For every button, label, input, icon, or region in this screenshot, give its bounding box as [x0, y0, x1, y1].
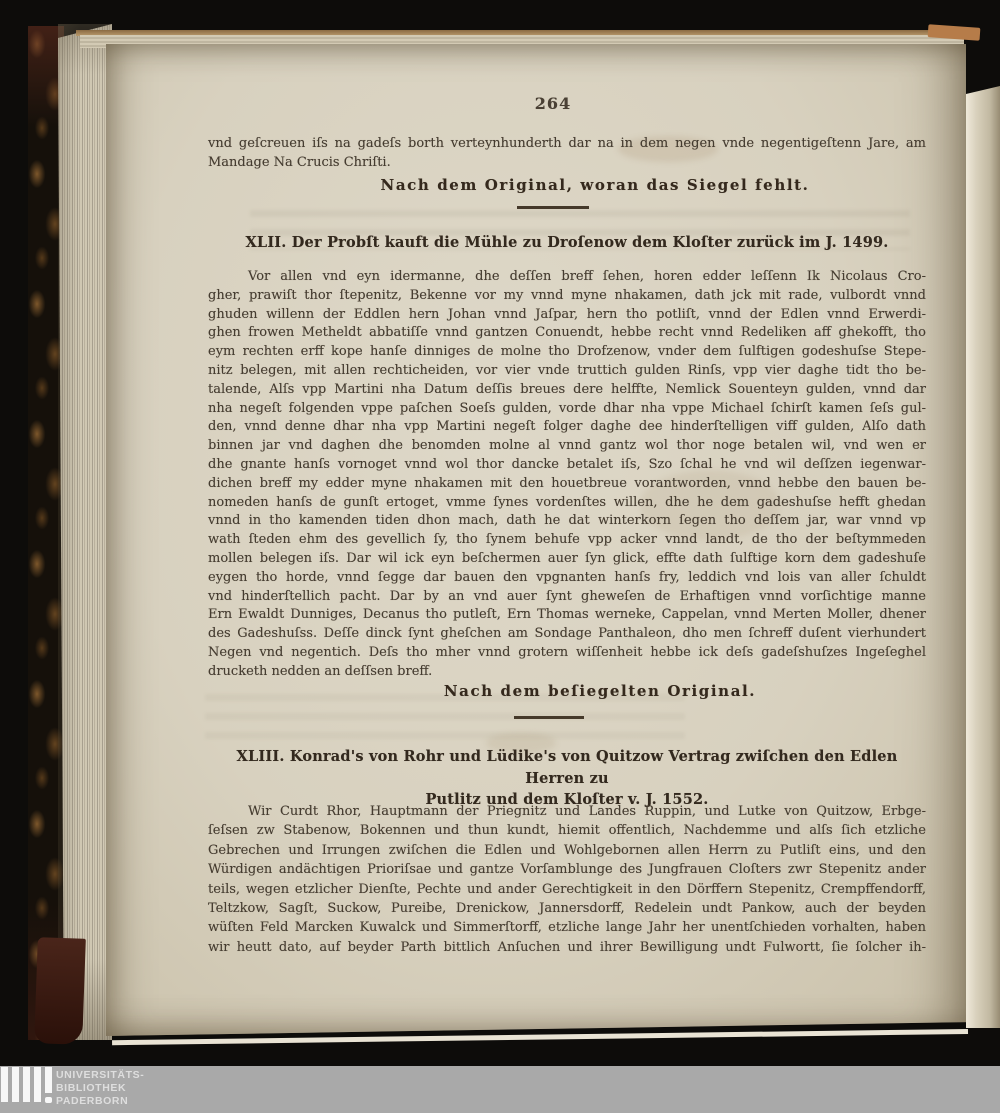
text-line: nomeden hanſs de gunſt ertoget, vmme ſyn… [208, 494, 926, 513]
library-name: UNIVERSITÄTS- BIBLIOTHEK PADERBORN [56, 1069, 144, 1108]
text-line: nitz belegen, mit allen rechticheiden, v… [208, 362, 926, 381]
logo-exclamation-dot [45, 1097, 52, 1103]
text-line: ghuden willenn der Eddlen hern Johan vnn… [208, 306, 926, 325]
section-xlii-heading: XLII. Der Probſt kauft die Mühle zu Droſ… [208, 234, 926, 251]
text-line: binnen jar vnd daghen dhe benomden molne… [208, 437, 926, 456]
text-line: Würdigen andächtigen Prioriſsae und gant… [208, 860, 926, 879]
text-line: talende, Alſs vpp Martini nha Datum deſſ… [208, 381, 926, 400]
text-line: mollen belegen iſs. Dar wil ick eyn beſc… [208, 550, 926, 569]
paragraph-xli-continuation: vnd geſcreuen iſs na gadeſs borth vertey… [208, 134, 926, 172]
logo-bar [1, 1067, 8, 1102]
facing-page-edge [966, 86, 1000, 1028]
text-line: gher, prawiſt thor ſtepenitz, Bekenne vo… [208, 287, 926, 306]
text-line: Negen vnd negentich. Deſs tho mher vnnd … [208, 644, 926, 663]
bleed-through-text [205, 694, 685, 750]
library-watermark-band: UNIVERSITÄTS- BIBLIOTHEK PADERBORN [0, 1066, 1000, 1113]
text-line: Teltzkow, Sagſt, Suckow, Pureibe, Drenic… [208, 899, 926, 918]
text-line: des Gadeshuſss. Deſſe dinck ſynt gheſche… [208, 625, 926, 644]
section-divider [517, 206, 589, 209]
text-line: teils, wegen etzlicher Dienſte, Pechte u… [208, 880, 926, 899]
section-divider [514, 716, 584, 719]
source-attribution-xlii: Nach dem beſiegelten Original. [241, 682, 959, 700]
text-line: eym rechten erff kope hanſe dinniges de … [208, 343, 926, 362]
text-line: Mandage Na Crucis Chriſti. [208, 153, 926, 172]
text-line: eygen tho horde, vnnd ſegge dar bauen de… [208, 569, 926, 588]
text-line: Wir Curdt Rhor, Hauptmann der Priegnitz … [208, 802, 926, 821]
section-xliii-body: Wir Curdt Rhor, Hauptmann der Priegnitz … [208, 802, 926, 957]
logo-bar [34, 1067, 41, 1102]
text-line: vnd hinderſtellich pacht. Dar by an vnd … [208, 588, 926, 607]
logo-bar [23, 1067, 30, 1102]
text-line: ſeſsen zw Stabenow, Bokennen und thun ku… [208, 821, 926, 840]
book-cover-bottom-corner [34, 937, 86, 1045]
page-number: 264 [194, 94, 912, 113]
text-line: nha negeſt folgenden vppe paſchen Soeſs … [208, 400, 926, 419]
text-line: dhe gnante hanſs vornoget vnnd wol thor … [208, 456, 926, 475]
text-line: Gebrechen und Irrungen zwiſchen die Edle… [208, 841, 926, 860]
text-line: den, vnnd denne dhar nha vpp Martini neg… [208, 418, 926, 437]
text-line: wath ſteden ehm des gevellich ſy, tho ſy… [208, 531, 926, 550]
page-stack-shading [58, 24, 112, 1040]
text-line: ghen frowen Metheldt abbatiſſe vnnd gant… [208, 324, 926, 343]
library-name-line: BIBLIOTHEK [56, 1082, 144, 1095]
text-line: dichen breff my edder myne nhakamen mit … [208, 475, 926, 494]
book-scan: 264 vnd geſcreuen iſs na gadeſs borth ve… [0, 0, 1000, 1113]
text-line: drucketh nedden an deſſsen breff. [208, 663, 926, 682]
library-name-line: UNIVERSITÄTS- [56, 1069, 144, 1082]
ub-paderborn-logo [0, 1066, 56, 1113]
section-xliii-heading: XLIII. Konrad's von Rohr und Lüdike's vo… [208, 746, 926, 811]
library-name-line: PADERBORN [56, 1095, 144, 1108]
section-xlii-body: Vor allen vnd eyn idermanne, dhe deſſen … [208, 268, 926, 682]
source-attribution-xli: Nach dem Original, woran das Siegel fehl… [236, 176, 954, 194]
text-line: vnnd in tho kamenden tiden dhon mach, da… [208, 512, 926, 531]
heading-line: XLIII. Konrad's von Rohr und Lüdike's vo… [208, 746, 926, 789]
text-line: Ern Ewaldt Dunniges, Decanus tho putleſt… [208, 606, 926, 625]
text-line: wir heutt dato, auf beyder Parth bittlic… [208, 938, 926, 957]
text-line: Vor allen vnd eyn idermanne, dhe deſſen … [208, 268, 926, 287]
text-line: vnd geſcreuen iſs na gadeſs borth vertey… [208, 134, 926, 153]
logo-exclamation-bar [45, 1067, 52, 1093]
text-line: wüſten Feld Marcken Kuwalck und Simmerſt… [208, 918, 926, 937]
logo-bar [12, 1067, 19, 1102]
